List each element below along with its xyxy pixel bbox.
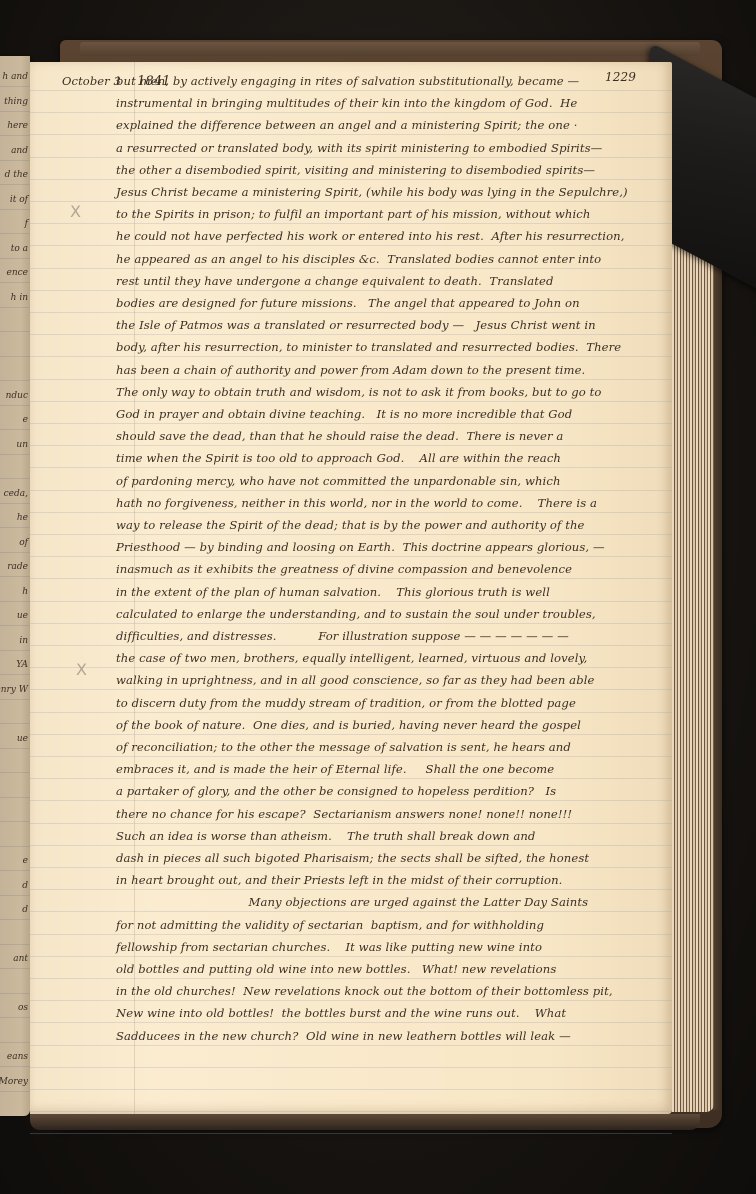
ruled-line <box>0 601 30 602</box>
previous-page-text-fragment: of <box>19 538 28 548</box>
ruled-line <box>30 689 672 690</box>
ruled-line <box>30 290 672 291</box>
manuscript-line: has been a chain of authority and power … <box>116 363 585 377</box>
ruled-line <box>0 405 30 406</box>
previous-page-strip: h andthinghereandd theit offto aenceh in… <box>0 56 30 1116</box>
previous-page-text-fragment: ceda, <box>4 489 28 499</box>
previous-page-text-fragment: d the <box>5 170 28 180</box>
ruled-line <box>0 282 30 283</box>
manuscript-line: bodies are designed for future missions.… <box>116 296 580 310</box>
ruled-line <box>30 645 672 646</box>
cover-top-edge <box>80 42 700 56</box>
manuscript-line: he could not have perfected his work or … <box>116 229 625 243</box>
previous-page-text-fragment: YA <box>16 660 28 670</box>
ruled-line <box>0 576 30 577</box>
ruled-line <box>0 968 30 969</box>
previous-page-text-fragment: e <box>23 415 28 425</box>
ruled-line <box>30 201 672 202</box>
ruled-line <box>30 756 672 757</box>
manuscript-line: God in prayer and obtain divine teaching… <box>116 407 572 421</box>
previous-page-text-fragment: un <box>16 440 28 450</box>
ruled-line <box>30 1045 672 1046</box>
ruled-line <box>30 179 672 180</box>
ruled-line <box>0 478 30 479</box>
journal-page: 1841 1229 October 3 X X but men, by acti… <box>30 62 672 1114</box>
ruled-line <box>30 312 672 313</box>
ruled-line <box>0 1066 30 1067</box>
ruled-line <box>30 90 672 91</box>
previous-page-text-fragment: h and <box>2 72 28 82</box>
ruled-line <box>30 1067 672 1068</box>
manuscript-line: fellowship from sectarian churches. It w… <box>116 940 542 954</box>
previous-page-text-fragment: d <box>22 881 28 891</box>
ruled-line <box>0 135 30 136</box>
manuscript-line: he appeared as an angel to his disciples… <box>116 252 601 266</box>
previous-page-text-fragment: here <box>7 121 28 131</box>
ruled-line <box>30 823 672 824</box>
ruled-line <box>0 160 30 161</box>
ruled-line <box>0 797 30 798</box>
manuscript-line: of reconciliation; to the other the mess… <box>116 740 571 754</box>
ruled-line <box>30 934 672 935</box>
manuscript-line: should save the dead, than that he shoul… <box>116 429 563 443</box>
previous-page-text-fragment: e <box>23 856 28 866</box>
manuscript-line: the case of two men, brothers, equally i… <box>116 651 587 665</box>
ruled-line <box>0 846 30 847</box>
ruled-line <box>30 467 672 468</box>
previous-page-text-fragment: eans <box>7 1052 28 1062</box>
previous-page-text-fragment: it of <box>10 195 28 205</box>
ruled-line <box>0 209 30 210</box>
manuscript-line: rest until they have undergone a change … <box>116 274 554 288</box>
ruled-line <box>30 423 672 424</box>
ruled-line <box>30 356 672 357</box>
manuscript-line: there no chance for his escape? Sectaria… <box>116 807 572 821</box>
ruled-line <box>30 800 672 801</box>
previous-page-text-fragment: f <box>25 219 28 229</box>
ruled-line <box>30 667 672 668</box>
ruled-line <box>0 380 30 381</box>
ruled-line <box>30 445 672 446</box>
ruled-line <box>0 944 30 945</box>
previous-page-text-fragment: d <box>22 905 28 915</box>
ruled-line <box>30 601 672 602</box>
manuscript-line: calculated to enlarge the understanding,… <box>116 607 596 621</box>
ruled-line <box>0 1042 30 1043</box>
manuscript-line: inasmuch as it exhibits the greatness of… <box>116 562 572 576</box>
manuscript-line: to the Spirits in prison; to fulfil an i… <box>116 207 590 221</box>
previous-page-text-fragment: ence <box>7 268 29 278</box>
ruled-line <box>30 867 672 868</box>
ruled-line <box>30 978 672 979</box>
previous-page-text-fragment: rade <box>7 562 28 572</box>
manuscript-line: time when the Spirit is too old to appro… <box>116 451 561 465</box>
ruled-line <box>30 556 672 557</box>
manuscript-line: in the extent of the plan of human salva… <box>116 585 550 599</box>
manuscript-line: Priesthood — by binding and loosing on E… <box>116 540 605 554</box>
manuscript-line: difficulties, and distresses. For illust… <box>116 629 569 643</box>
ruled-line <box>30 268 672 269</box>
previous-page-text-fragment: nduc <box>6 391 28 401</box>
ruled-line <box>0 1017 30 1018</box>
ruled-line <box>30 578 672 579</box>
ruled-line <box>0 184 30 185</box>
manuscript-line: for not admitting the validity of sectar… <box>116 918 544 932</box>
manuscript-line: the other a disembodied spirit, visiting… <box>116 163 595 177</box>
previous-page-text-fragment: to a <box>11 244 28 254</box>
page-number: 1229 <box>605 70 636 84</box>
previous-page-text-fragment: thing <box>4 97 28 107</box>
ruled-line <box>0 625 30 626</box>
ruled-line <box>30 112 672 113</box>
ruled-line <box>30 157 672 158</box>
ruled-line <box>30 911 672 912</box>
manuscript-line: in the old churches! New revelations kno… <box>116 984 613 998</box>
ruled-line <box>30 490 672 491</box>
manuscript-line: explained the difference between an ange… <box>116 118 577 132</box>
ruled-line <box>0 258 30 259</box>
ruled-line <box>0 503 30 504</box>
ruled-line <box>0 650 30 651</box>
manuscript-line: instrumental in bringing multitudes of t… <box>116 96 577 110</box>
previous-page-text-fragment: ue <box>17 734 28 744</box>
manuscript-line: but men, by actively engaging in rites o… <box>116 74 579 88</box>
ruled-line <box>30 1000 672 1001</box>
ruled-line <box>0 723 30 724</box>
manuscript-line: Sadducees in the new church? Old wine in… <box>116 1029 571 1043</box>
ruled-line <box>30 534 672 535</box>
ruled-line <box>0 1091 30 1092</box>
manuscript-line: Jesus Christ became a ministering Spirit… <box>116 185 628 199</box>
ruled-line <box>0 895 30 896</box>
date-margin-note: October 3 <box>62 74 121 88</box>
previous-page-text-fragment: os <box>18 1003 28 1013</box>
ruled-line <box>30 623 672 624</box>
ruled-line <box>0 356 30 357</box>
previous-page-text-fragment: Morey <box>0 1077 28 1087</box>
manuscript-line: the Isle of Patmos was a translated or r… <box>116 318 596 332</box>
manuscript-line: hath no forgiveness, neither in this wor… <box>116 496 597 510</box>
manuscript-line: way to release the Spirit of the dead; t… <box>116 518 584 532</box>
previous-page-text-fragment: h <box>22 587 28 597</box>
manuscript-line: a resurrected or translated body, with i… <box>116 141 602 155</box>
ruled-line <box>0 552 30 553</box>
ruled-line <box>30 956 672 957</box>
ruled-line <box>0 674 30 675</box>
manuscript-line: The only way to obtain truth and wisdom,… <box>116 385 601 399</box>
manuscript-line: Such an idea is worse than atheism. The … <box>116 829 535 843</box>
ruled-line <box>0 699 30 700</box>
ruled-line <box>30 134 672 135</box>
margin-x-mark: X <box>76 660 87 679</box>
page-stack-edges <box>672 118 714 1112</box>
ruled-line <box>0 454 30 455</box>
previous-page-text-fragment: and <box>11 146 28 156</box>
manuscript-line: of pardoning mercy, who have not committ… <box>116 474 561 488</box>
manuscript-line: Many objections are urged against the La… <box>116 895 588 909</box>
previous-page-text-fragment: h in <box>11 293 28 303</box>
manuscript-line: walking in uprightness, and in all good … <box>116 673 595 687</box>
ruled-line <box>30 889 672 890</box>
previous-page-text-fragment: in <box>19 636 28 646</box>
ruled-line <box>0 527 30 528</box>
ruled-line <box>0 919 30 920</box>
manuscript-line: embraces it, and is made the heir of Ete… <box>116 762 554 776</box>
ruled-line <box>30 734 672 735</box>
previous-page-text-fragment: ue <box>17 611 28 621</box>
ruled-line <box>30 379 672 380</box>
ruled-line <box>30 1133 672 1134</box>
ruled-line <box>0 86 30 87</box>
ruled-line <box>30 845 672 846</box>
ruled-line <box>0 307 30 308</box>
ruled-line <box>30 245 672 246</box>
ruled-line <box>30 1022 672 1023</box>
manuscript-line: of the book of nature. One dies, and is … <box>116 718 581 732</box>
ruled-line <box>0 429 30 430</box>
ruled-line <box>30 223 672 224</box>
manuscript-line: New wine into old bottles! the bottles b… <box>116 1006 566 1020</box>
ruled-line <box>30 1089 672 1090</box>
ruled-line <box>0 821 30 822</box>
ruled-line <box>30 401 672 402</box>
previous-page-text-fragment: he <box>17 513 28 523</box>
ruled-line <box>30 512 672 513</box>
cover-bottom-edge <box>30 1114 700 1130</box>
manuscript-line: old bottles and putting old wine into ne… <box>116 962 556 976</box>
ruled-line <box>30 1111 672 1112</box>
ruled-line <box>0 233 30 234</box>
ruled-line <box>30 712 672 713</box>
manuscript-line: dash in pieces all such bigoted Pharisai… <box>116 851 589 865</box>
manuscript-line: body, after his resurrection, to ministe… <box>116 340 621 354</box>
ruled-line <box>0 993 30 994</box>
margin-x-mark: X <box>70 202 81 221</box>
manuscript-line: to discern duty from the muddy stream of… <box>116 696 576 710</box>
ruled-line <box>0 331 30 332</box>
previous-page-text-fragment: Henry W <box>0 685 28 695</box>
ruled-line <box>0 748 30 749</box>
previous-page-text-fragment: ant <box>13 954 28 964</box>
ruled-line <box>0 772 30 773</box>
manuscript-line: a partaker of glory, and the other be co… <box>116 784 556 798</box>
ruled-line <box>30 778 672 779</box>
ruled-line <box>30 334 672 335</box>
ruled-line <box>0 111 30 112</box>
manuscript-line: in heart brought out, and their Priests … <box>116 873 562 887</box>
ruled-line <box>0 870 30 871</box>
